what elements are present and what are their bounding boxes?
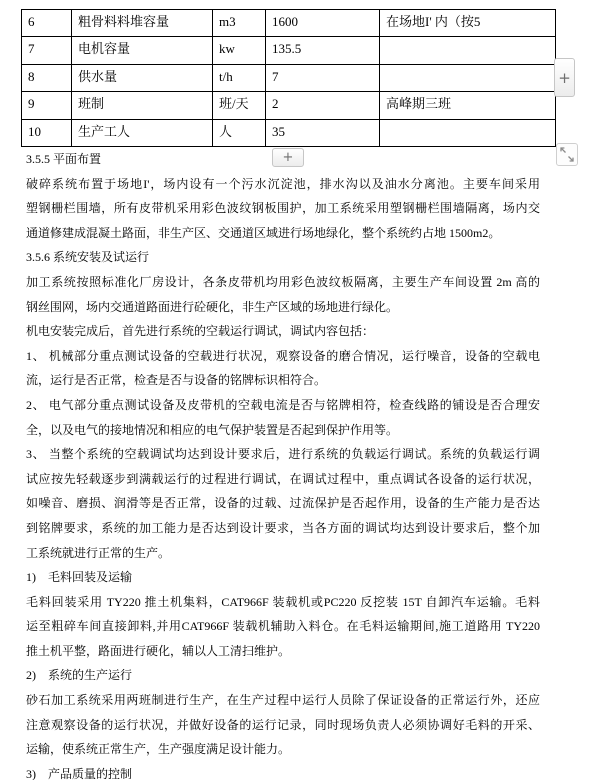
- doc-line: 加工系统按照标准化厂房设计，各条皮带机均用彩色波纹板隔离，主要生产车间设置 2m…: [26, 270, 540, 295]
- table-row: 10生产工人人35: [22, 119, 556, 146]
- table-cell-unit[interactable]: 班/天: [213, 92, 266, 119]
- spec-table-body: 6粗骨料料堆容量m31600在场地I' 内（按57电机容量kw135.58供水量…: [22, 10, 556, 147]
- table-cell-value[interactable]: 35: [266, 119, 380, 146]
- doc-line: 到铭牌要求，系统的加工能力是否达到设计要求，当各方面的调试均达到设计要求后，整个…: [26, 516, 540, 541]
- table-cell-item[interactable]: 供水量: [72, 64, 213, 91]
- table-cell-no[interactable]: 9: [22, 92, 72, 119]
- doc-line: 机电安装完成后，首先进行系统的空载运行调试，调试内容包括：: [26, 319, 540, 344]
- doc-line: 砂石加工系统采用两班制进行生产，在生产过程中运行人员除了保证设备的正常运行外，还…: [26, 688, 540, 713]
- doc-heading: 3) 产品质量的控制: [26, 762, 540, 780]
- doc-line: 推土机平整，路面进行硬化，辅以人工清扫维护。: [26, 639, 540, 664]
- table-cell-remark[interactable]: [380, 37, 556, 64]
- doc-line: 流，运行是否正常，检查是否与设备的铭牌标识相符合。: [26, 368, 540, 393]
- add-column-button[interactable]: +: [554, 58, 575, 97]
- table-cell-no[interactable]: 7: [22, 37, 72, 64]
- table-cell-item[interactable]: 班制: [72, 92, 213, 119]
- doc-line: 塑钢栅栏围墙，所有皮带机采用彩色波纹钢板围护，加工系统采用塑钢栅栏围墙隔离，场内…: [26, 196, 540, 221]
- table-cell-item[interactable]: 粗骨料料堆容量: [72, 10, 213, 37]
- doc-line: 3、 当整个系统的空载调试均达到设计要求后，进行系统的负载运行调试。系统的负载运…: [26, 442, 540, 467]
- doc-line: 钢丝围网，场内交通道路面进行砼硬化，非生产区域的场地进行绿化。: [26, 295, 540, 320]
- table-cell-remark[interactable]: 高峰期三班: [380, 92, 556, 119]
- table-cell-item[interactable]: 生产工人: [72, 119, 213, 146]
- document-text-area[interactable]: 3.5.5 平面布置破碎系统布置于场地I'，场内设有一个污水沉淀池，排水沟以及油…: [26, 147, 540, 780]
- doc-line: 通道修建成混凝土路面，非生产区、交通道区域进行场地绿化，整个系统约占地 1500…: [26, 221, 540, 246]
- doc-line: 如噪音、磨损、润滑等是否正常，设备的过载、过流保护是否起作用，设备的生产能力是否…: [26, 491, 540, 516]
- doc-line: 破碎系统布置于场地I'，场内设有一个污水沉淀池，排水沟以及油水分离池。主要车间采…: [26, 172, 540, 197]
- table-cell-unit[interactable]: kw: [213, 37, 266, 64]
- doc-line: 运输，使系统正常生产，生产强度满足设计能力。: [26, 737, 540, 762]
- table-cell-remark[interactable]: [380, 64, 556, 91]
- doc-heading: 2) 系统的生产运行: [26, 663, 540, 688]
- table-cell-unit[interactable]: t/h: [213, 64, 266, 91]
- doc-line: 全，以及电气的接地情况和相应的电气保护装置是否起到保护作用等。: [26, 418, 540, 443]
- doc-heading: 1) 毛料回装及运输: [26, 565, 540, 590]
- table-cell-unit[interactable]: m3: [213, 10, 266, 37]
- table-row: 7电机容量kw135.5: [22, 37, 556, 64]
- table-row: 6粗骨料料堆容量m31600在场地I' 内（按5: [22, 10, 556, 37]
- doc-line: 试应按先轻载逐步到满载运行的过程进行调试，在调试过程中，重点调试各设备的运行状况…: [26, 467, 540, 492]
- table-cell-no[interactable]: 8: [22, 64, 72, 91]
- table-cell-value[interactable]: 135.5: [266, 37, 380, 64]
- table-cell-remark[interactable]: 在场地I' 内（按5: [380, 10, 556, 37]
- doc-line: 注意观察设备的运行状况，并做好设备的运行记录，同时现场负责人必须协调好毛料的开采…: [26, 713, 540, 738]
- doc-line: 工系统就进行正常的生产。: [26, 541, 540, 566]
- table-cell-value[interactable]: 2: [266, 92, 380, 119]
- table-resize-handle[interactable]: [556, 143, 578, 166]
- table-cell-no[interactable]: 6: [22, 10, 72, 37]
- add-row-button[interactable]: +: [272, 148, 304, 167]
- table-row: 8供水量t/h7: [22, 64, 556, 91]
- table-cell-remark[interactable]: [380, 119, 556, 146]
- table-cell-value[interactable]: 7: [266, 64, 380, 91]
- table-cell-unit[interactable]: 人: [213, 119, 266, 146]
- doc-line: 1、 机械部分重点测试设备的空载进行状况，观察设备的磨合情况，运行噪音，设备的空…: [26, 344, 540, 369]
- table-row: 9班制班/天2高峰期三班: [22, 92, 556, 119]
- doc-heading: 3.5.6 系统安装及试运行: [26, 245, 540, 270]
- table-cell-value[interactable]: 1600: [266, 10, 380, 37]
- resize-diagonal-icon: [557, 144, 577, 165]
- doc-line: 毛料回装采用 TY220 推土机集料，CAT966F 装载机或PC220 反挖装…: [26, 590, 540, 615]
- table-cell-item[interactable]: 电机容量: [72, 37, 213, 64]
- spec-table: 6粗骨料料堆容量m31600在场地I' 内（按57电机容量kw135.58供水量…: [21, 9, 556, 147]
- doc-line: 运至粗碎车间直接卸料,并用CAT966F 装载机辅助入料仓。在毛料运输期间,施工…: [26, 614, 540, 639]
- doc-line: 2、 电气部分重点测试设备及皮带机的空载电流是否与铭牌相符，检查线路的铺设是否合…: [26, 393, 540, 418]
- table-cell-no[interactable]: 10: [22, 119, 72, 146]
